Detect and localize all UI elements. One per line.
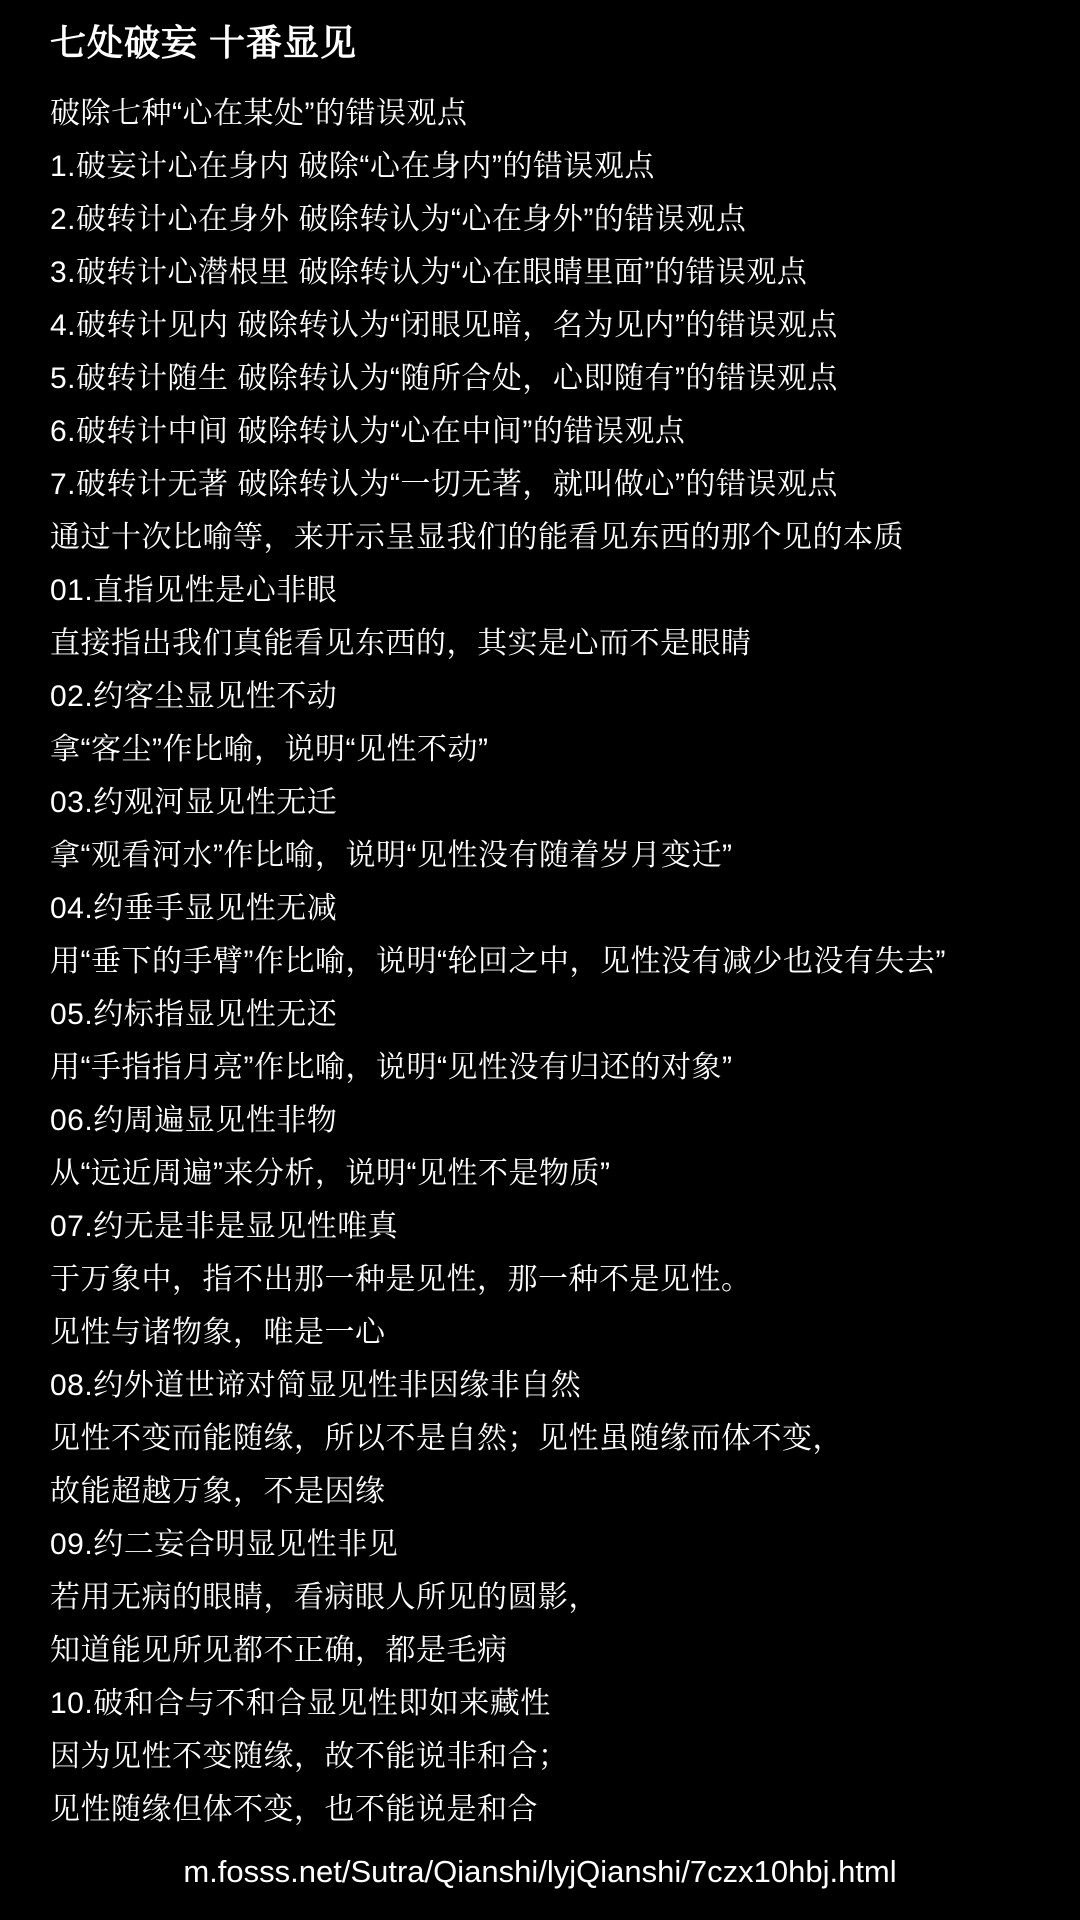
text-line: 若用无病的眼睛，看病眼人所见的圆影， <box>50 1571 946 1624</box>
text-line: 01.直指见性是心非眼 <box>50 564 946 617</box>
text-line: 03.约观河显见性无迁 <box>50 776 946 829</box>
text-line: 于万象中，指不出那一种是见性，那一种不是见性。 <box>50 1253 946 1306</box>
text-line: 见性不变而能随缘，所以不是自然；见性虽随缘而体不变， <box>50 1412 946 1465</box>
text-line: 04.约垂手显见性无减 <box>50 882 946 935</box>
text-line: 破除七种“心在某处”的错误观点 <box>50 87 946 140</box>
page-title: 七处破妄 十番显见 <box>50 16 357 69</box>
text-line: 05.约标指显见性无还 <box>50 988 946 1041</box>
text-line: 从“远近周遍”来分析，说明“见性不是物质” <box>50 1147 946 1200</box>
text-line: 拿“客尘”作比喻，说明“见性不动” <box>50 723 946 776</box>
page: 七处破妄 十番显见 破除七种“心在某处”的错误观点1.破妄计心在身内 破除“心在… <box>0 0 1080 1920</box>
text-line: 7.破转计无著 破除转认为“一切无著，就叫做心”的错误观点 <box>50 458 946 511</box>
text-line: 故能超越万象，不是因缘 <box>50 1465 946 1518</box>
text-line: 1.破妄计心在身内 破除“心在身内”的错误观点 <box>50 140 946 193</box>
text-body: 破除七种“心在某处”的错误观点1.破妄计心在身内 破除“心在身内”的错误观点2.… <box>50 87 946 1836</box>
text-line: 用“手指指月亮”作比喻，说明“见性没有归还的对象” <box>50 1041 946 1094</box>
text-line: 4.破转计见内 破除转认为“闭眼见暗，名为见内”的错误观点 <box>50 299 946 352</box>
text-line: 拿“观看河水”作比喻，说明“见性没有随着岁月变迁” <box>50 829 946 882</box>
text-line: 5.破转计随生 破除转认为“随所合处，心即随有”的错误观点 <box>50 352 946 405</box>
text-line: 6.破转计中间 破除转认为“心在中间”的错误观点 <box>50 405 946 458</box>
text-line: 3.破转计心潜根里 破除转认为“心在眼睛里面”的错误观点 <box>50 246 946 299</box>
text-line: 2.破转计心在身外 破除转认为“心在身外”的错误观点 <box>50 193 946 246</box>
source-url: m.fosss.net/Sutra/Qianshi/lyjQianshi/7cz… <box>0 1845 1080 1898</box>
text-line: 02.约客尘显见性不动 <box>50 670 946 723</box>
text-line: 10.破和合与不和合显见性即如来藏性 <box>50 1677 946 1730</box>
text-line: 通过十次比喻等，来开示呈显我们的能看见东西的那个见的本质 <box>50 511 946 564</box>
text-line: 09.约二妄合明显见性非见 <box>50 1518 946 1571</box>
text-line: 08.约外道世谛对简显见性非因缘非自然 <box>50 1359 946 1412</box>
text-line: 见性与诸物象，唯是一心 <box>50 1306 946 1359</box>
text-line: 07.约无是非是显见性唯真 <box>50 1200 946 1253</box>
text-line: 用“垂下的手臂”作比喻，说明“轮回之中，见性没有减少也没有失去” <box>50 935 946 988</box>
text-line: 因为见性不变随缘，故不能说非和合； <box>50 1730 946 1783</box>
text-line: 06.约周遍显见性非物 <box>50 1094 946 1147</box>
text-line: 直接指出我们真能看见东西的，其实是心而不是眼睛 <box>50 617 946 670</box>
text-line: 见性随缘但体不变，也不能说是和合 <box>50 1783 946 1836</box>
text-line: 知道能见所见都不正确，都是毛病 <box>50 1624 946 1677</box>
